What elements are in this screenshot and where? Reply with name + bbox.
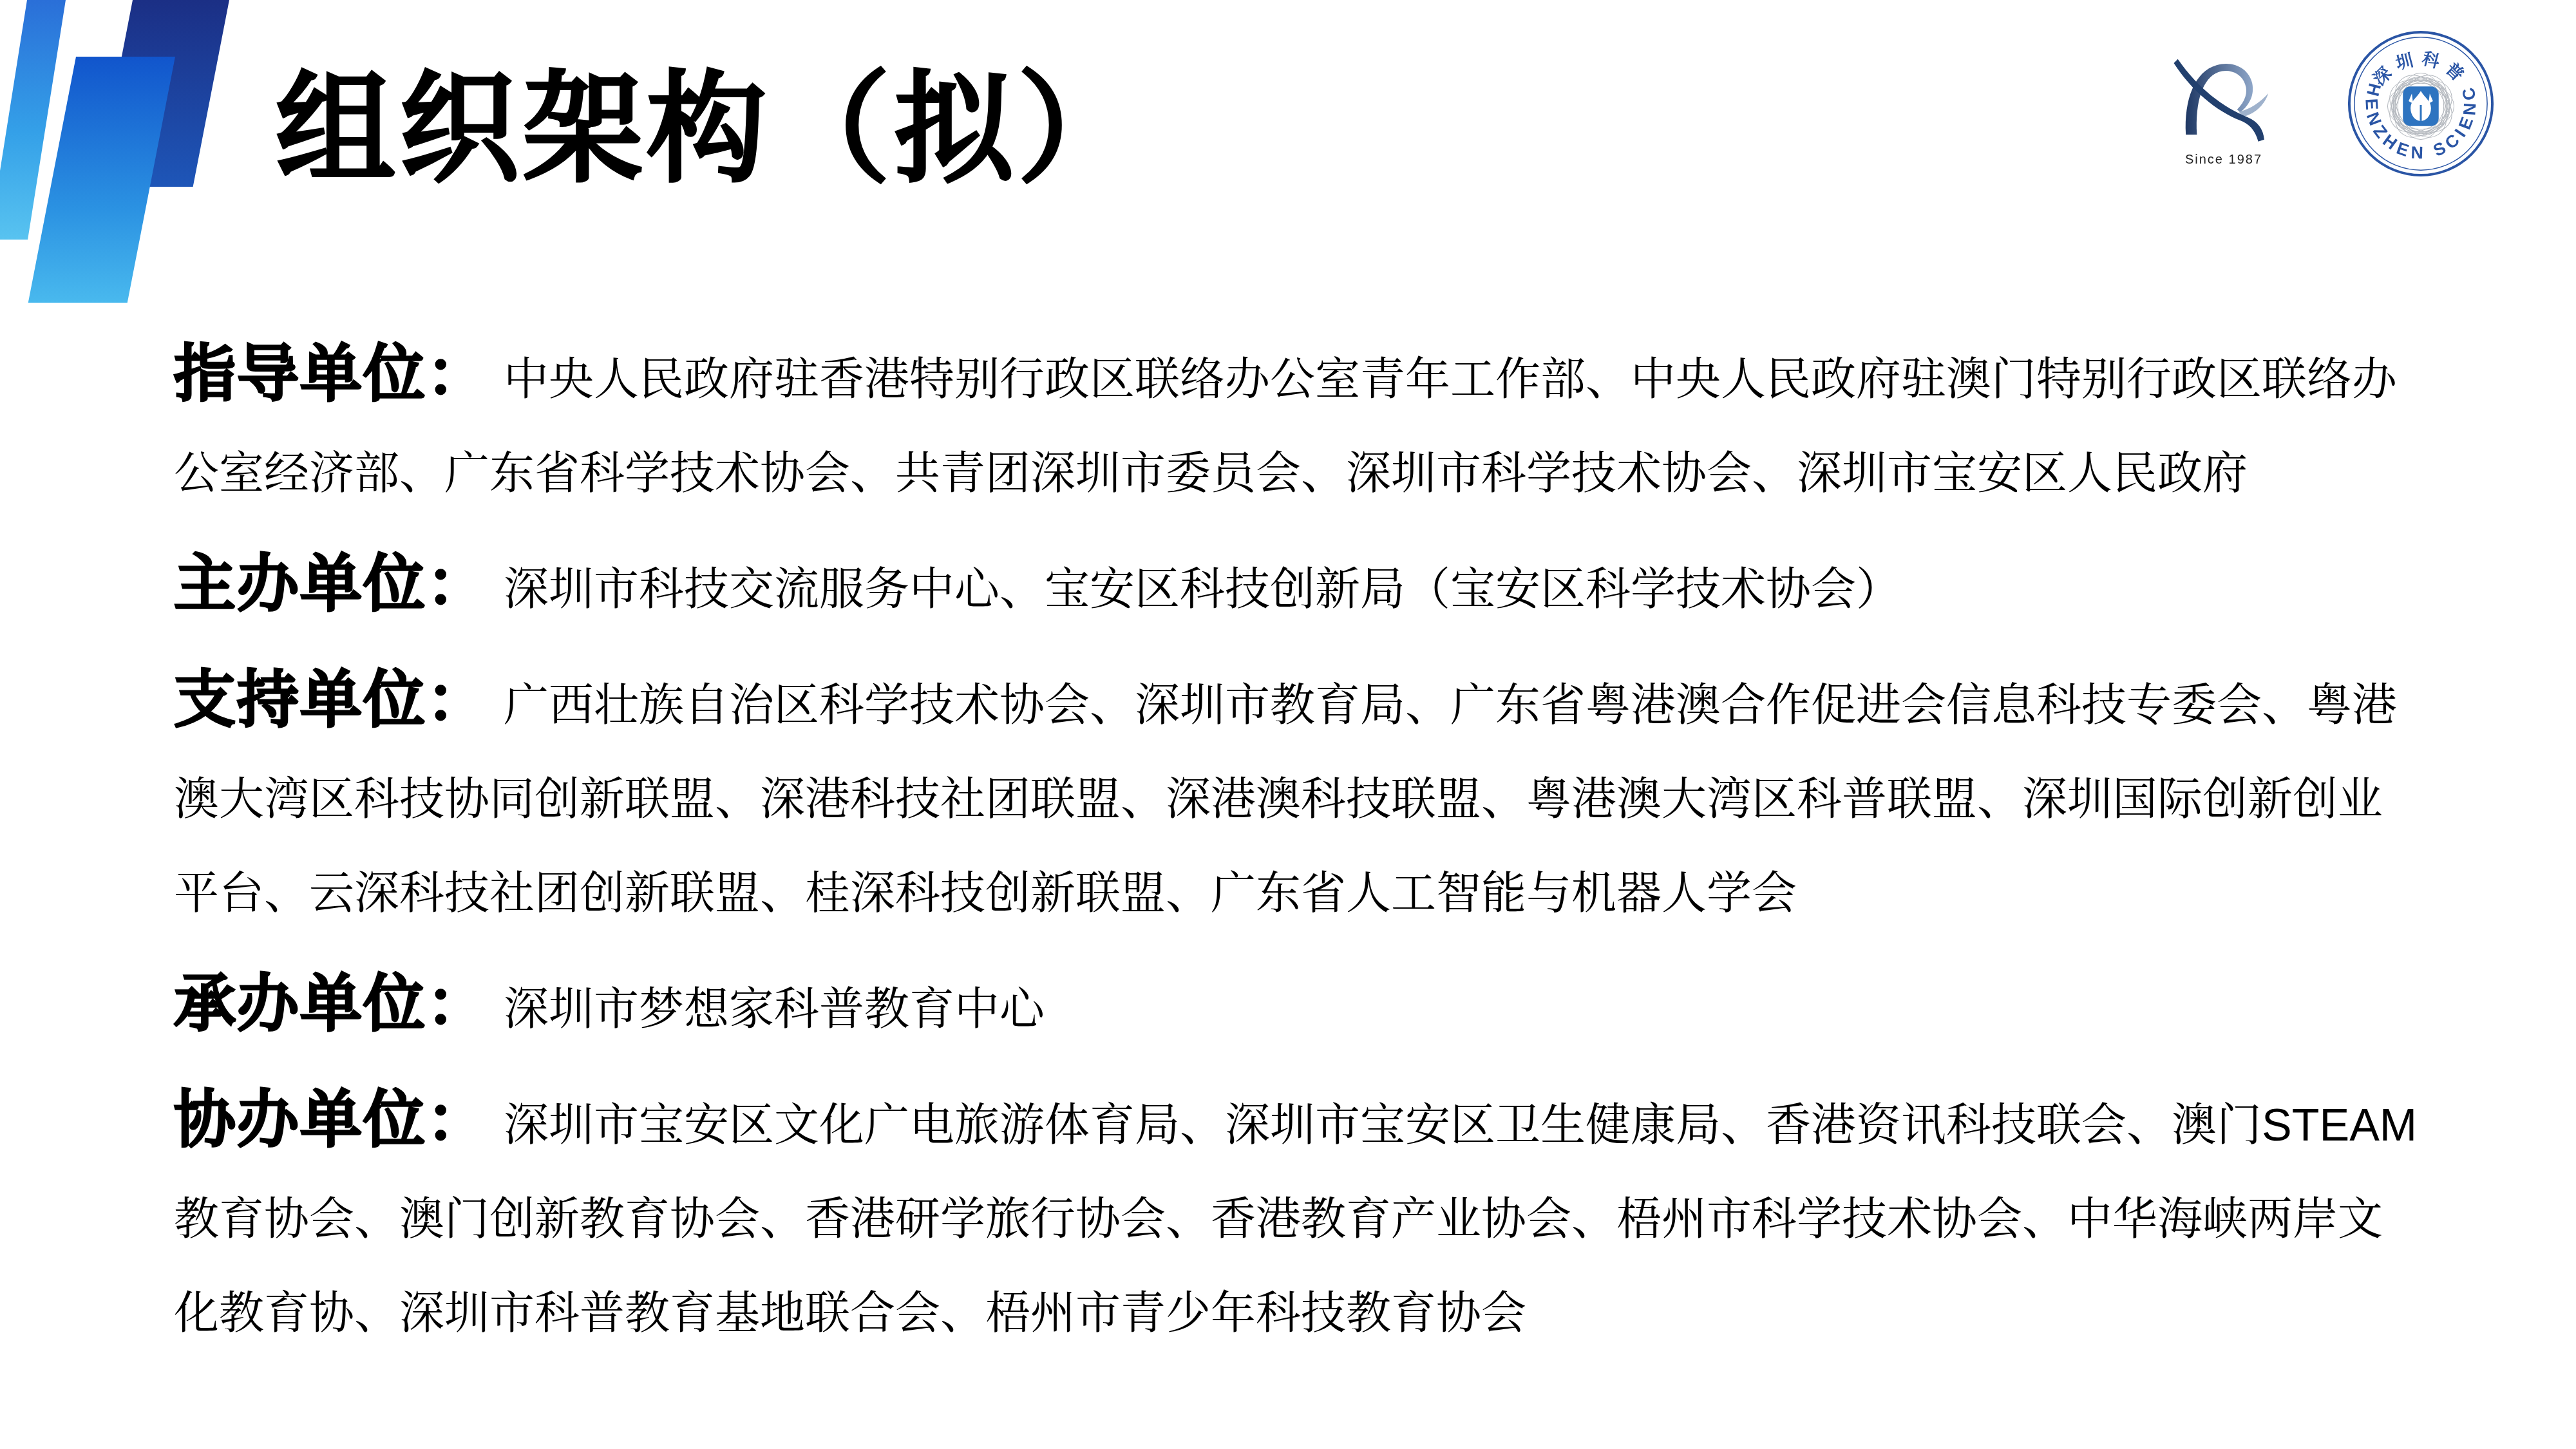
section-organizing-units: 承办单位：深圳市梦想家科普教育中心 <box>174 957 2423 1056</box>
section-content: 深圳市梦想家科普教育中心 <box>504 984 1045 1034</box>
section-guiding-units: 指导单位：中央人民政府驻香港特别行政区联络办公室青年工作部、中央人民政府驻澳门特… <box>174 327 2423 520</box>
section-content: 中央人民政府驻香港特别行政区联络办公室青年工作部、中央人民政府驻澳门特别行政区联… <box>174 354 2397 498</box>
section-label: 支持单位： <box>174 665 489 734</box>
section-label: 主办单位： <box>174 549 489 618</box>
section-supporting-units: 支持单位：广西壮族自治区科学技术协会、深圳市教育局、广东省粤港澳合作促进会信息科… <box>174 653 2423 940</box>
section-label: 协办单位： <box>174 1085 489 1154</box>
swoosh-icon <box>2158 45 2290 148</box>
presentation-slide: 组织架构（拟） Since 1987 <box>0 0 2576 1449</box>
shenzhen-science-badge-logo: 深圳科普 SHENZHEN SCIENCE <box>2344 27 2497 180</box>
section-label: 指导单位： <box>174 339 489 408</box>
since-1987-caption: Since 1987 <box>2156 153 2291 167</box>
section-content: 深圳市科技交流服务中心、宝安区科技创新局（宝安区科学技术协会） <box>504 564 1901 614</box>
section-host-units: 主办单位：深圳市科技交流服务中心、宝安区科技创新局（宝安区科学技术协会） <box>174 537 2423 636</box>
section-content: 广西壮族自治区科学技术协会、深圳市教育局、广东省粤港澳合作促进会信息科技专委会、… <box>174 680 2397 918</box>
section-label: 承办单位： <box>174 969 489 1038</box>
page-title: 组织架构（拟） <box>276 33 1141 205</box>
organization-list: 指导单位：中央人民政府驻香港特别行政区联络办公室青年工作部、中央人民政府驻澳门特… <box>174 327 2423 1377</box>
logo-group: Since 1987 <box>2156 27 2497 180</box>
tulip-icon <box>2403 86 2439 126</box>
since-1987-logo: Since 1987 <box>2156 45 2291 167</box>
section-coorganizing-units: 协办单位：深圳市宝安区文化广电旅游体育局、深圳市宝安区卫生健康局、香港资讯科技联… <box>174 1073 2423 1360</box>
section-content: 深圳市宝安区文化广电旅游体育局、深圳市宝安区卫生健康局、香港资讯科技联会、澳门S… <box>174 1100 2417 1338</box>
